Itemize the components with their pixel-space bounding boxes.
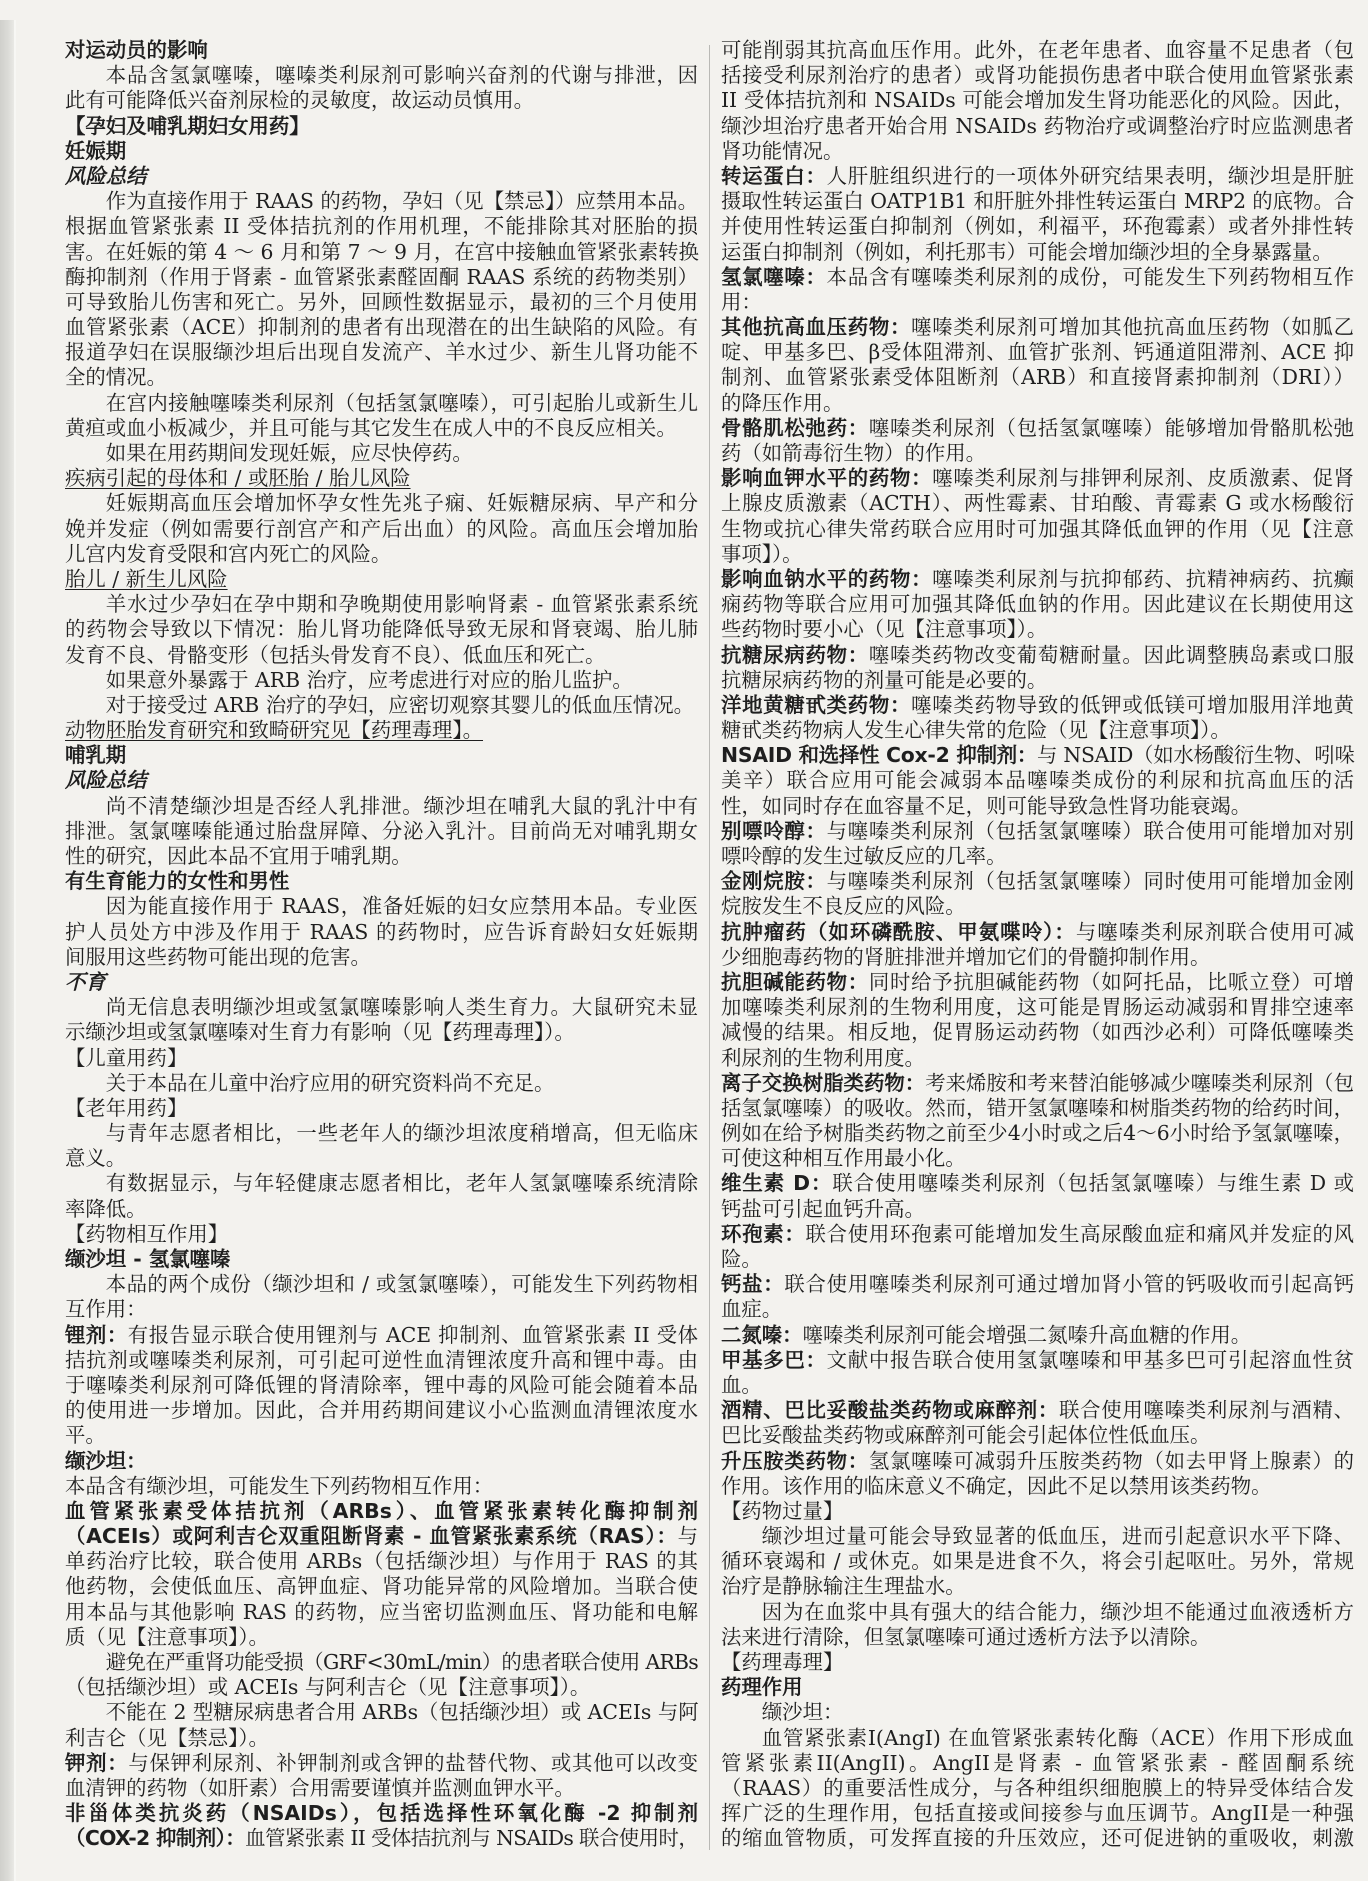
line-text: （包括缬沙坦）或 ACEIs 与阿利吉仑（见【注意事项】）。: [65, 1675, 590, 1699]
text-line: 括接受利尿剂治疗的患者）或肾功能损伤患者中联合使用血管紧张素: [721, 63, 1354, 88]
line-text: 上腺皮质激素（ACTH）、两性霉素、甘珀酸、青霉素 G 或水杨酸衍: [721, 491, 1354, 515]
text-line: 骨骼肌松弛药：噻嗪类利尿剂（包括氢氯噻嗪）能够增加骨骼肌松弛: [721, 416, 1354, 441]
underlined-subheading: 动物胚胎发育研究和致畸研究见【药理毒理】。: [65, 718, 698, 743]
drug-class-label: 酒精、巴比妥酸盐类药物或麻醉剂：: [721, 1398, 1059, 1422]
text-line: 糖甙类药物病人发生心律失常的危险（见【注意事项】）。: [721, 718, 1354, 743]
line-text: 在宫内接触噻嗪类利尿剂（包括氢氯噻嗪），可引起胎儿或新生儿: [106, 391, 698, 415]
line-text: 联合使用噻嗪类利尿剂可通过增加肾小管的钙吸收而引起高钙: [784, 1272, 1354, 1296]
text-line: 洋地黄糖甙类药物：噻嗪类药物导致的低钾或低镁可增加服用洋地黄: [721, 693, 1354, 718]
line-text: 如果在用药期间发现妊娠，应尽快停药。: [106, 441, 473, 465]
line-text: 发育不良、骨骼变形（包括头骨发育不良）、低血压和死亡。: [65, 643, 605, 667]
text-line: 娩并发症（例如需要行剖宫产和产后出血）的风险。高血压会增加胎: [65, 517, 698, 542]
text-line: 根据血管紧张素 II 受体拮抗剂的作用机理，不能排除其对胚胎的损: [65, 214, 698, 239]
text-line: 间服用这些药物可能出现的危害。: [65, 945, 698, 970]
line-text: 减慢的结果。相反地，促胃肠运动药物（如西沙必利）可降低噻嗪类: [721, 1020, 1354, 1044]
italic-subheading: 风险总结: [65, 768, 698, 793]
line-text: 动物胚胎发育研究和致畸研究见【药理毒理】。: [65, 718, 483, 742]
line-text: 风险总结: [65, 164, 147, 188]
line-text: 胎儿 / 新生儿风险: [65, 567, 228, 591]
text-line: 生物或抗心律失常药联合应用时可加强其降低血钾的作用（见【注意: [721, 517, 1354, 542]
text-line: 上腺皮质激素（ACTH）、两性霉素、甘珀酸、青霉素 G 或水杨酸衍: [721, 491, 1354, 516]
drug-class-label: 钙盐：: [721, 1272, 784, 1296]
line-text: 肾功能情况。: [721, 139, 843, 163]
line-text: 利吉仑（见【禁忌】）。: [65, 1726, 269, 1750]
line-text: 根据血管紧张素 II 受体拮抗剂的作用机理，不能排除其对胚胎的损: [65, 214, 698, 238]
text-line: 抗糖尿病药物：噻嗪类药物改变葡萄糖耐量。因此调整胰岛素或口服: [721, 643, 1354, 668]
line-text: 美辛）联合应用可能会减弱本品噻嗪类成份的利尿和抗高血压的活: [721, 768, 1354, 792]
line-text: 的降压作用。: [721, 391, 843, 415]
text-line: 妊娠期高血压会增加怀孕女性先兆子痫、妊娠糖尿病、早产和分: [65, 491, 698, 516]
text-line: 羊水过少孕妇在孕中期和孕晚期使用影响肾素 - 血管紧张素系统: [65, 592, 698, 617]
drug-class-label: 转运蛋白：: [721, 164, 827, 188]
line-text: 关于本品在儿童中治疗应用的研究资料尚不充足。: [106, 1071, 555, 1095]
text-line: 的缩血管物质，可发挥直接的升压效应，还可促进钠的重吸收，刺激: [721, 1826, 1354, 1851]
text-line: 可导致胎儿伤害和死亡。另外，回顾性数据显示，最初的三个月使用: [65, 290, 698, 315]
line-text: 【药物相互作用】: [65, 1222, 228, 1246]
line-text: 互作用：: [65, 1297, 147, 1321]
line-text: 血管紧张素 II 受体拮抗剂与 NSAIDs 联合使用时，: [245, 1826, 698, 1850]
line-text: 可能削弱其抗高血压作用。此外，在老年患者、血容量不足患者（包: [721, 38, 1354, 62]
drug-class-label: 氢氯噻嗪：: [721, 265, 827, 289]
line-text: 少细胞毒药物的肾脏排泄并增加它们的骨髓抑制作用。: [721, 945, 1210, 969]
text-line: 并使用性转运蛋白抑制剂（例如，利福平，环孢霉素）或者外排性转: [721, 214, 1354, 239]
line-text: 抗糖尿病药物的剂量可能是必要的。: [721, 668, 1047, 692]
line-text: 间服用这些药物可能出现的危害。: [65, 945, 371, 969]
line-text: 可导致胎儿伤害和死亡。另外，回顾性数据显示，最初的三个月使用: [65, 290, 698, 314]
line-text: 挥广泛的生理作用，包括直接或间接参与血压调节。AngII是一种强: [721, 1801, 1354, 1825]
text-line: 本品含氢氯噻嗪，噻嗪类利尿剂可影响兴奋剂的代谢与排泄，因: [65, 63, 698, 88]
line-text: 报道孕妇在误服缬沙坦后出现自发流产、羊水过少、新生儿肾功能不: [65, 340, 698, 364]
line-text: 考来烯胺和考来替泊能够减少噻嗪类利尿剂（包: [925, 1071, 1354, 1095]
line-text: 与保钾利尿剂、补钾制剂或含钾的盐替代物、或其他可以改变: [128, 1751, 698, 1775]
text-line: 护人员处方中涉及作用于 RAAS 的药物时，应告诉育龄妇女妊娠期: [65, 920, 698, 945]
text-line: 烷胺发生不良反应的风险。: [721, 894, 1354, 919]
line-text: 【药理毒理】: [721, 1650, 843, 1674]
text-line: 法来进行清除，但氢氯噻嗪可通过透析方法予以清除。: [721, 1625, 1354, 1650]
text-line: 排泄。氢氯噻嗪能通过胎盘屏障、分泌入乳汁。目前尚无对哺乳期女: [65, 819, 698, 844]
text-line: 互作用：: [65, 1297, 698, 1322]
line-text: 嘌呤醇的发生过敏反应的几率。: [721, 844, 1006, 868]
text-line: 甲基多巴：文献中报告联合使用氢氯噻嗪和甲基多巴可引起溶血性贫: [721, 1348, 1354, 1373]
line-text: 的药物会导致以下情况：胎儿肾功能降低导致无尿和肾衰竭、胎儿肺: [65, 617, 698, 641]
line-text: 【孕妇及哺乳期妇女用药】: [65, 114, 310, 138]
section-title: 【药物过量】: [721, 1499, 1354, 1524]
line-text: 风险总结: [65, 768, 147, 792]
text-line: 巴比妥酸盐类药物或麻醉剂可能会引起体位性低血压。: [721, 1423, 1354, 1448]
line-text: 治疗是静脉输注生理盐水。: [721, 1574, 966, 1598]
text-line: 加噻嗪类利尿剂的生物利用度，这可能是胃肠运动减弱和胃排空速率: [721, 995, 1354, 1020]
line-text: 不育: [65, 970, 106, 994]
drug-class-label: （COX-2 抑制剂）：: [65, 1826, 245, 1850]
line-text: 巴比妥酸盐类药物或麻醉剂可能会引起体位性低血压。: [721, 1423, 1210, 1447]
text-line: 避免在严重肾功能受损（GRF<30mL/min）的患者联合使用 ARBs: [65, 1650, 698, 1675]
line-text: 例如在给予树脂类药物之前至少4小时或之后4～6小时给予氢氯噻嗪，: [721, 1121, 1354, 1145]
drug-class-label: 影响血钠水平的药物：: [721, 567, 932, 591]
text-line: 血清钾的药物（如肝素）合用需要谨慎并监测血钾水平。: [65, 1776, 698, 1801]
line-text: 本品的两个成份（缬沙坦和 / 或氢氯噻嗪），可能发生下列药物相: [106, 1272, 698, 1296]
text-line: 率降低。: [65, 1197, 698, 1222]
line-text: 【老年用药】: [65, 1096, 187, 1120]
line-text: 尚不清楚缬沙坦是否经人乳排泄。缬沙坦在哺乳大鼠的乳汁中有: [106, 794, 698, 818]
text-line: 血管紧张素I(AngI) 在血管紧张素转化酶（ACE）作用下形成血: [721, 1726, 1354, 1751]
line-text: 疾病引起的母体和 / 或胚胎 / 胎儿风险: [65, 466, 411, 490]
text-line: 些药物时要小心（见【注意事项】）。: [721, 617, 1354, 642]
line-text: 可使这种相互作用最小化。: [721, 1146, 966, 1170]
text-line: 美辛）联合应用可能会减弱本品噻嗪类成份的利尿和抗高血压的活: [721, 768, 1354, 793]
line-text: 联合使用环孢素可能增加发生高尿酸血症和痛风并发症的风: [806, 1222, 1355, 1246]
text-line: 有数据显示，与年轻健康志愿者相比，老年人氢氯噻嗪系统清除: [65, 1171, 698, 1196]
text-line: 减慢的结果。相反地，促胃肠运动药物（如西沙必利）可降低噻嗪类: [721, 1020, 1354, 1045]
text-line: 性，如同时存在血容量不足，则可能导致急性肾功能衰竭。: [721, 794, 1354, 819]
line-text: 本品含氢氯噻嗪，噻嗪类利尿剂可影响兴奋剂的代谢与排泄，因: [106, 63, 698, 87]
text-line: 性的研究，因此本品不宜用于哺乳期。: [65, 844, 698, 869]
text-line: 害。在妊娠的第 4 ～ 6 月和第 7 ～ 9 月，在宫中接触血管紧张素转换: [65, 240, 698, 265]
text-line: 用本品与其他影响 RAS 的药物，应当密切监测血压、肾功能和电解: [65, 1600, 698, 1625]
text-line: 别嘌呤醇：与噻嗪类利尿剂（包括氢氯噻嗪）联合使用可能增加对别: [721, 819, 1354, 844]
line-text: 羊水过少孕妇在孕中期和孕晚期使用影响肾素 - 血管紧张素系统: [106, 592, 698, 616]
line-text: 啶、甲基多巴、β受体阻滞剂、血管扩张剂、钙通道阻滞剂、ACE 抑: [721, 340, 1354, 364]
text-line: 全的情况。: [65, 365, 698, 390]
text-line: 例如在给予树脂类药物之前至少4小时或之后4～6小时给予氢氯噻嗪，: [721, 1121, 1354, 1146]
text-line: 维生素 D：联合使用噻嗪类利尿剂（包括氢氯噻嗪）与维生素 D 或: [721, 1171, 1354, 1196]
drug-class-label: 别嘌呤醇：: [721, 819, 827, 843]
text-line: 缬沙坦：: [721, 1700, 1354, 1725]
section-title: 【老年用药】: [65, 1096, 698, 1121]
text-line: 在宫内接触噻嗪类利尿剂（包括氢氯噻嗪），可引起胎儿或新生儿: [65, 391, 698, 416]
text-line: 拮抗剂或噻嗪类利尿剂，可引起可逆性血清锂浓度升高和锂中毒。由: [65, 1348, 698, 1373]
text-line: 其他抗高血压药物：噻嗪类利尿剂可增加其他抗高血压药物（如胍乙: [721, 315, 1354, 340]
drug-class-heading: 血管紧张素受体拮抗剂（ARBs）、血管紧张素转化酶抑制剂: [65, 1499, 698, 1524]
text-line: 险。: [721, 1247, 1354, 1272]
text-line: 酶抑制剂（作用于肾素 - 血管紧张素醛固酮 RAAS 系统的药物类别）: [65, 265, 698, 290]
scan-binding-edge: [0, 20, 16, 1881]
line-text: 摄取性转运蛋白 OATP1B1 和肝脏外排性转运蛋白 MRP2 的底物。合: [721, 189, 1354, 213]
line-text: 氢氯噻嗪可减弱升压胺类药物（如去甲肾上腺素）的: [869, 1449, 1354, 1473]
line-text: 噻嗪类利尿剂可增加其他抗高血压药物（如胍乙: [911, 315, 1354, 339]
line-text: 噻嗪类药物改变葡萄糖耐量。因此调整胰岛素或口服: [869, 643, 1354, 667]
text-line: 环孢素：联合使用环孢素可能增加发生高尿酸血症和痛风并发症的风: [721, 1222, 1354, 1247]
line-text: 示缬沙坦或氢氯噻嗪对生育力有影响（见【药理毒理】）。: [65, 1020, 575, 1044]
section-title: 【孕妇及哺乳期妇女用药】: [65, 114, 698, 139]
line-text: 缬沙坦过量可能会导致显著的低血压，进而引起意识水平下降、: [762, 1524, 1354, 1548]
line-text: 钙盐可引起血钙升高。: [721, 1197, 925, 1221]
line-text: 本品含有噻嗪类利尿剂的成份，可能发生下列药物相互作: [827, 265, 1354, 289]
text-line: 血管紧张素（ACE）抑制剂的患者有出现潜在的出生缺陷的风险。有: [65, 315, 698, 340]
line-text: 非甾体类抗炎药（NSAIDs），包括选择性环氧化酶 -2 抑制剂: [65, 1801, 698, 1825]
line-text: 排泄。氢氯噻嗪能通过胎盘屏障、分泌入乳汁。目前尚无对哺乳期女: [65, 819, 698, 843]
text-line: 啶、甲基多巴、β受体阻滞剂、血管扩张剂、钙通道阻滞剂、ACE 抑: [721, 340, 1354, 365]
line-text: 噻嗪类利尿剂可能会增强二氮嗪升高血糖的作用。: [803, 1323, 1252, 1347]
line-text: 平。: [65, 1423, 106, 1447]
text-line: 的药物会导致以下情况：胎儿肾功能降低导致无尿和肾衰竭、胎儿肺: [65, 617, 698, 642]
line-text: 【儿童用药】: [65, 1046, 187, 1070]
line-text: 噻嗪类药物导致的低钾或低镁可增加服用洋地黄: [911, 693, 1354, 717]
line-text: 药理作用: [721, 1675, 803, 1699]
text-line: NSAID 和选择性 Cox-2 抑制剂：与 NSAID（如水杨酸衍生物、吲哚: [721, 743, 1354, 768]
text-line: 此有可能降低兴奋剂尿检的灵敏度，故运动员慎用。: [65, 88, 698, 113]
text-line: 影响血钾水平的药物：噻嗪类利尿剂与排钾利尿剂、皮质激素、促肾: [721, 466, 1354, 491]
section-title: 【药理毒理】: [721, 1650, 1354, 1675]
line-text: 哺乳期: [65, 743, 126, 767]
text-line: 作为直接作用于 RAAS 的药物，孕妇（见【禁忌】）应禁用本品。: [65, 189, 698, 214]
text-line: 他药物，会使低血压、高钾血症、肾功能异常的风险增加。当联合使: [65, 1574, 698, 1599]
line-text: 意义。: [65, 1146, 126, 1170]
line-text: 缬沙坦 - 氢氯噻嗪: [65, 1247, 230, 1271]
line-text: 用：: [721, 290, 762, 314]
line-text: 事项】）。: [721, 542, 803, 566]
text-line: 缬沙坦过量可能会导致显著的低血压，进而引起意识水平下降、: [721, 1524, 1354, 1549]
drug-class-label: （ACEIs）或阿利吉仑双重阻断肾素 - 血管紧张素系统（RAS）：: [65, 1524, 678, 1548]
text-line: 利吉仑（见【禁忌】）。: [65, 1726, 698, 1751]
line-text: 烷胺发生不良反应的风险。: [721, 894, 966, 918]
line-text: 因为能直接作用于 RAAS，准备妊娠的妇女应禁用本品。专业医: [106, 894, 698, 918]
line-text: 联合使用噻嗪类利尿剂（包括氢氯噻嗪）与维生素 D 或: [832, 1171, 1354, 1195]
line-text: 拮抗剂或噻嗪类利尿剂，可引起可逆性血清锂浓度升高和锂中毒。由: [65, 1348, 698, 1372]
line-text: 与噻嗪类利尿剂（包括氢氯噻嗪）同时使用可能增加金刚: [827, 869, 1354, 893]
text-line: 摄取性转运蛋白 OATP1B1 和肝脏外排性转运蛋白 MRP2 的底物。合: [721, 189, 1354, 214]
text-line: 黄疸或血小板减少，并且可能与其它发生在成人中的不良反应相关。: [65, 416, 698, 441]
text-line: 酒精、巴比妥酸盐类药物或麻醉剂：联合使用噻嗪类利尿剂与酒精、: [721, 1398, 1354, 1423]
drug-class-label: 骨骼肌松弛药：: [721, 416, 869, 440]
line-text: 质（见【注意事项】）。: [65, 1625, 269, 1649]
text-line: 升压胺类药物：氢氯噻嗪可减弱升压胺类药物（如去甲肾上腺素）的: [721, 1449, 1354, 1474]
line-text: 利尿剂的生物利用度。: [721, 1046, 925, 1070]
text-line: 关于本品在儿童中治疗应用的研究资料尚不充足。: [65, 1071, 698, 1096]
drug-class-label: 升压胺类药物：: [721, 1449, 869, 1473]
text-line: 二氮嗪：噻嗪类利尿剂可能会增强二氮嗪升高血糖的作用。: [721, 1323, 1354, 1348]
text-line: 血症。: [721, 1297, 1354, 1322]
line-text: 缬沙坦：: [65, 1449, 147, 1473]
line-text: 药（如箭毒衍生物）的作用。: [721, 441, 986, 465]
drug-class-label: 抗胆碱能药物：: [721, 970, 869, 994]
line-text: 有数据显示，与年轻健康志愿者相比，老年人氢氯噻嗪系统清除: [106, 1171, 698, 1195]
text-line: 挥广泛的生理作用，包括直接或间接参与血压调节。AngII是一种强: [721, 1801, 1354, 1826]
text-line: 金刚烷胺：与噻嗪类利尿剂（包括氢氯噻嗪）同时使用可能增加金刚: [721, 869, 1354, 894]
text-line: 影响血钠水平的药物：噻嗪类利尿剂与抗抑郁药、抗精神病药、抗癫: [721, 567, 1354, 592]
text-line: 制剂、血管紧张素受体阻断剂（ARB）和直接肾素抑制剂（DRI））: [721, 365, 1354, 390]
text-line: 尚无信息表明缬沙坦或氢氯噻嗪影响人类生育力。大鼠研究未显: [65, 995, 698, 1020]
underlined-subheading: 疾病引起的母体和 / 或胚胎 / 胎儿风险: [65, 466, 698, 491]
text-line: 痫药物等联合应用可加强其降低血钠的作用。因此建议在长期使用这: [721, 592, 1354, 617]
line-text: 运蛋白抑制剂（例如，利托那韦）可能会增加缬沙坦的全身暴露量。: [721, 240, 1333, 264]
line-text: 循环衰竭和 / 或休克。如果是进食不久，将会引起呕吐。另外，常规: [721, 1549, 1354, 1573]
drug-class-label: NSAID 和选择性 Cox-2 抑制剂：: [721, 743, 1037, 767]
line-text: 噻嗪类利尿剂与抗抑郁药、抗精神病药、抗癫: [932, 567, 1354, 591]
line-text: 缬沙坦治疗患者开始合用 NSAIDs 药物治疗或调整治疗时应监测患者: [721, 114, 1354, 138]
text-line: 抗肿瘤药（如环磷酰胺、甲氨喋呤）：与噻嗪类利尿剂联合使用可减: [721, 920, 1354, 945]
text-line: 循环衰竭和 / 或休克。如果是进食不久，将会引起呕吐。另外，常规: [721, 1549, 1354, 1574]
text-line: 运蛋白抑制剂（例如，利托那韦）可能会增加缬沙坦的全身暴露量。: [721, 240, 1354, 265]
text-line: 氢氯噻嗪：本品含有噻嗪类利尿剂的成份，可能发生下列药物相互作: [721, 265, 1354, 290]
left-column: 对运动员的影响 本品含氢氯噻嗪，噻嗪类利尿剂可影响兴奋剂的代谢与排泄，因 此有可…: [65, 38, 698, 1852]
text-line: 少细胞毒药物的肾脏排泄并增加它们的骨髓抑制作用。: [721, 945, 1354, 970]
text-line: 钙盐：联合使用噻嗪类利尿剂可通过增加肾小管的钙吸收而引起高钙: [721, 1272, 1354, 1297]
line-text: 对运动员的影响: [65, 38, 208, 62]
drug-class-label: 影响血钾水平的药物：: [721, 466, 932, 490]
text-line: 发育不良、骨骼变形（包括头骨发育不良）、低血压和死亡。: [65, 643, 698, 668]
line-text: II 受体拮抗剂和 NSAIDs 可能会增加发生肾功能恶化的风险。因此，: [721, 88, 1354, 112]
text-line: 本品含有缬沙坦，可能发生下列药物相互作用：: [65, 1474, 698, 1499]
column-divider: [709, 45, 710, 1850]
drug-class-label: 金刚烷胺：: [721, 869, 827, 893]
line-text: 血管紧张素受体拮抗剂（ARBs）、血管紧张素转化酶抑制剂: [65, 1499, 698, 1523]
line-text: 法来进行清除，但氢氯噻嗪可通过透析方法予以清除。: [721, 1625, 1210, 1649]
line-text: 的使用进一步增加。因此，合并用药期间建议小心监测血清锂浓度水: [65, 1398, 698, 1422]
line-text: 人肝脏组织进行的一项体外研究结果表明，缬沙坦是肝脏: [827, 164, 1354, 188]
line-text: 尚无信息表明缬沙坦或氢氯噻嗪影响人类生育力。大鼠研究未显: [106, 995, 698, 1019]
line-text: 些药物时要小心（见【注意事项】）。: [721, 617, 1047, 641]
text-line: 钙盐可引起血钙升高。: [721, 1197, 1354, 1222]
text-line: 钾剂：与保钾利尿剂、补钾制剂或含钾的盐替代物、或其他可以改变: [65, 1751, 698, 1776]
line-text: 对于接受过 ARB 治疗的孕妇，应密切观察其婴儿的低血压情况。: [106, 693, 694, 717]
line-text: 护人员处方中涉及作用于 RAAS 的药物时，应告诉育龄妇女妊娠期: [65, 920, 698, 944]
document-page: 对运动员的影响 本品含氢氯噻嗪，噻嗪类利尿剂可影响兴奋剂的代谢与排泄，因 此有可…: [0, 0, 1368, 1881]
subsection-heading: 药理作用: [721, 1675, 1354, 1700]
line-text: 与噻嗪类利尿剂联合使用可减: [1076, 920, 1354, 944]
line-text: 全的情况。: [65, 365, 167, 389]
line-text: 有生育能力的女性和男性: [65, 869, 289, 893]
drug-class-label: 二氮嗪：: [721, 1323, 803, 1347]
text-line: 转运蛋白：人肝脏组织进行的一项体外研究结果表明，缬沙坦是肝脏: [721, 164, 1354, 189]
underlined-subheading: 胎儿 / 新生儿风险: [65, 567, 698, 592]
line-text: 此有可能降低兴奋剂尿检的灵敏度，故运动员慎用。: [65, 88, 534, 112]
text-line: 于噻嗪类利尿剂可降低锂的肾清除率，锂中毒的风险可能会随着本品: [65, 1373, 698, 1398]
text-line: 的降压作用。: [721, 391, 1354, 416]
text-line: 抗糖尿病药物的剂量可能是必要的。: [721, 668, 1354, 693]
line-text: 用本品与其他影响 RAS 的药物，应当密切监测血压、肾功能和电解: [65, 1600, 698, 1624]
line-text: 作用。该作用的临床意义不确定，因此不足以禁用该类药物。: [721, 1474, 1272, 1498]
line-text: 血管紧张素I(AngI) 在血管紧张素转化酶（ACE）作用下形成血: [762, 1726, 1354, 1750]
section-title: 【药物相互作用】: [65, 1222, 698, 1247]
subsection-heading: 妊娠期: [65, 139, 698, 164]
line-text: （RAAS）的重要活性成分，与各种组织细胞膜上的特异受体结合发: [721, 1776, 1354, 1800]
subsection-heading: 缬沙坦：: [65, 1449, 698, 1474]
line-text: 性，如同时存在血容量不足，则可能导致急性肾功能衰竭。: [721, 794, 1251, 818]
text-line: （ACEIs）或阿利吉仑双重阻断肾素 - 血管紧张素系统（RAS）：与: [65, 1524, 698, 1549]
line-text: 妊娠期高血压会增加怀孕女性先兆子痫、妊娠糖尿病、早产和分: [106, 491, 698, 515]
line-text: 与 NSAID（如水杨酸衍生物、吲哚: [1037, 743, 1355, 767]
drug-class-label: 抗肿瘤药（如环磷酰胺、甲氨喋呤）：: [721, 920, 1076, 944]
drug-class-label: 离子交换树脂类药物：: [721, 1071, 925, 1095]
section-heading: 对运动员的影响: [65, 38, 698, 63]
line-text: 加噻嗪类利尿剂的生物利用度，这可能是胃肠运动减弱和胃排空速率: [721, 995, 1354, 1019]
text-line: 单药治疗比较，联合使用 ARBs（包括缬沙坦）与作用于 RAS 的其: [65, 1549, 698, 1574]
right-column: 可能削弱其抗高血压作用。此外，在老年患者、血容量不足患者（包 括接受利尿剂治疗的…: [721, 38, 1354, 1852]
text-line: 对于接受过 ARB 治疗的孕妇，应密切观察其婴儿的低血压情况。: [65, 693, 698, 718]
line-text: 噻嗪类利尿剂与排钾利尿剂、皮质激素、促肾: [932, 466, 1354, 490]
text-line: 肾功能情况。: [721, 139, 1354, 164]
text-line: 因为能直接作用于 RAAS，准备妊娠的妇女应禁用本品。专业医: [65, 894, 698, 919]
text-line: 示缬沙坦或氢氯噻嗪对生育力有影响（见【药理毒理】）。: [65, 1020, 698, 1045]
drug-class-label: 洋地黄糖甙类药物：: [721, 693, 911, 717]
drug-class-label: 锂剂：: [65, 1323, 128, 1347]
drug-class-label: 钾剂：: [65, 1751, 128, 1775]
text-line: 锂剂：有报告显示联合使用锂剂与 ACE 抑制剂、血管紧张素 II 受体: [65, 1323, 698, 1348]
text-line: 离子交换树脂类药物：考来烯胺和考来替泊能够减少噻嗪类利尿剂（包: [721, 1071, 1354, 1096]
subsection-heading: 有生育能力的女性和男性: [65, 869, 698, 894]
line-text: 单药治疗比较，联合使用 ARBs（包括缬沙坦）与作用于 RAS 的其: [65, 1549, 698, 1573]
text-line: 作用。该作用的临床意义不确定，因此不足以禁用该类药物。: [721, 1474, 1354, 1499]
line-text: 痫药物等联合应用可加强其降低血钠的作用。因此建议在长期使用这: [721, 592, 1354, 616]
line-text: 糖甙类药物病人发生心律失常的危险（见【注意事项】）。: [721, 718, 1231, 742]
line-text: 同时给予抗胆碱能药物（如阿托品，比哌立登）可增: [869, 970, 1354, 994]
section-title: 【儿童用药】: [65, 1046, 698, 1071]
line-text: 括接受利尿剂治疗的患者）或肾功能损伤患者中联合使用血管紧张素: [721, 63, 1354, 87]
text-line: II 受体拮抗剂和 NSAIDs 可能会增加发生肾功能恶化的风险。因此，: [721, 88, 1354, 113]
text-line: 本品的两个成份（缬沙坦和 / 或氢氯噻嗪），可能发生下列药物相: [65, 1272, 698, 1297]
line-text: 险。: [721, 1247, 762, 1271]
subsection-heading: 缬沙坦 - 氢氯噻嗪: [65, 1247, 698, 1272]
text-line: 意义。: [65, 1146, 698, 1171]
line-text: 性的研究，因此本品不宜用于哺乳期。: [65, 844, 412, 868]
text-line: 如果意外暴露于 ARB 治疗，应考虑进行对应的胎儿监护。: [65, 668, 698, 693]
line-text: 血清钾的药物（如肝素）合用需要谨慎并监测血钾水平。: [65, 1776, 575, 1800]
line-text: 儿宫内发育受限和宫内死亡的风险。: [65, 542, 391, 566]
line-text: 他药物，会使低血压、高钾血症、肾功能异常的风险增加。当联合使: [65, 1574, 698, 1598]
line-text: 联合使用噻嗪类利尿剂与酒精、: [1059, 1398, 1354, 1422]
drug-class-label: 甲基多巴：: [721, 1348, 827, 1372]
text-line: （COX-2 抑制剂）：血管紧张素 II 受体拮抗剂与 NSAIDs 联合使用时…: [65, 1826, 698, 1851]
text-line: 因为在血浆中具有强大的结合能力，缬沙坦不能通过血液透析方: [721, 1600, 1354, 1625]
line-text: 作为直接作用于 RAAS 的药物，孕妇（见【禁忌】）应禁用本品。: [106, 189, 698, 213]
text-line: 可使这种相互作用最小化。: [721, 1146, 1354, 1171]
italic-subheading: 风险总结: [65, 164, 698, 189]
line-text: 娩并发症（例如需要行剖宫产和产后出血）的风险。高血压会增加胎: [65, 517, 698, 541]
text-line: 治疗是静脉输注生理盐水。: [721, 1574, 1354, 1599]
line-text: 因为在血浆中具有强大的结合能力，缬沙坦不能通过血液透析方: [762, 1600, 1354, 1624]
drug-class-label: 其他抗高血压药物：: [721, 315, 911, 339]
line-text: 噻嗪类利尿剂（包括氢氯噻嗪）能够增加骨骼肌松弛: [869, 416, 1354, 440]
drug-class-heading: 非甾体类抗炎药（NSAIDs），包括选择性环氧化酶 -2 抑制剂: [65, 1801, 698, 1826]
text-line: 平。: [65, 1423, 698, 1448]
text-line: 质（见【注意事项】）。: [65, 1625, 698, 1650]
line-text: 与噻嗪类利尿剂（包括氢氯噻嗪）联合使用可能增加对别: [827, 819, 1354, 843]
line-text: 酶抑制剂（作用于肾素 - 血管紧张素醛固酮 RAAS 系统的药物类别）: [65, 265, 698, 289]
subsection-heading: 哺乳期: [65, 743, 698, 768]
text-line: 尚不清楚缬沙坦是否经人乳排泄。缬沙坦在哺乳大鼠的乳汁中有: [65, 794, 698, 819]
line-text: 避免在严重肾功能受损（GRF<30mL/min）的患者联合使用 ARBs: [106, 1650, 698, 1674]
text-line: 事项】）。: [721, 542, 1354, 567]
line-text: 括氢氯噻嗪）的吸收。然而，错开氢氯噻嗪和树脂类药物的给药时间，: [721, 1096, 1354, 1120]
line-text: 害。在妊娠的第 4 ～ 6 月和第 7 ～ 9 月，在宫中接触血管紧张素转换: [65, 240, 699, 264]
line-text: 血管紧张素（ACE）抑制剂的患者有出现潜在的出生缺陷的风险。有: [65, 315, 698, 339]
text-line: 抗胆碱能药物：同时给予抗胆碱能药物（如阿托品，比哌立登）可增: [721, 970, 1354, 995]
line-text: 与青年志愿者相比，一些老年人的缬沙坦浓度稍增高，但无临床: [106, 1121, 698, 1145]
line-text: 文献中报告联合使用氢氯噻嗪和甲基多巴可引起溶血性贫: [827, 1348, 1354, 1372]
line-text: 管紧张素II(AngII)。AngII是肾素 - 血管紧张素 - 醛固酮系统: [721, 1751, 1354, 1775]
text-line: 报道孕妇在误服缬沙坦后出现自发流产、羊水过少、新生儿肾功能不: [65, 340, 698, 365]
text-line: 可能削弱其抗高血压作用。此外，在老年患者、血容量不足患者（包: [721, 38, 1354, 63]
text-line: 管紧张素II(AngII)。AngII是肾素 - 血管紧张素 - 醛固酮系统: [721, 1751, 1354, 1776]
line-text: 生物或抗心律失常药联合应用时可加强其降低血钾的作用（见【注意: [721, 517, 1354, 541]
drug-class-label: 环孢素：: [721, 1222, 806, 1246]
line-text: 并使用性转运蛋白抑制剂（例如，利福平，环孢霉素）或者外排性转: [721, 214, 1354, 238]
line-text: 如果意外暴露于 ARB 治疗，应考虑进行对应的胎儿监护。: [106, 668, 633, 692]
text-line: （包括缬沙坦）或 ACEIs 与阿利吉仑（见【注意事项】）。: [65, 1675, 698, 1700]
line-text: 缬沙坦：: [762, 1700, 844, 1724]
line-text: 【药物过量】: [721, 1499, 843, 1523]
text-line: 血。: [721, 1373, 1354, 1398]
line-text: 血。: [721, 1373, 762, 1397]
text-line: 如果在用药期间发现妊娠，应尽快停药。: [65, 441, 698, 466]
line-text: 黄疸或血小板减少，并且可能与其它发生在成人中的不良反应相关。: [65, 416, 677, 440]
text-line: 不能在 2 型糖尿病患者合用 ARBs（包括缬沙坦）或 ACEIs 与阿: [65, 1700, 698, 1725]
text-line: 与青年志愿者相比，一些老年人的缬沙坦浓度稍增高，但无临床: [65, 1121, 698, 1146]
italic-subheading: 不育: [65, 970, 698, 995]
line-text: 的缩血管物质，可发挥直接的升压效应，还可促进钠的重吸收，刺激: [721, 1826, 1354, 1850]
drug-class-label: 维生素 D：: [721, 1171, 832, 1195]
line-text: 率降低。: [65, 1197, 147, 1221]
